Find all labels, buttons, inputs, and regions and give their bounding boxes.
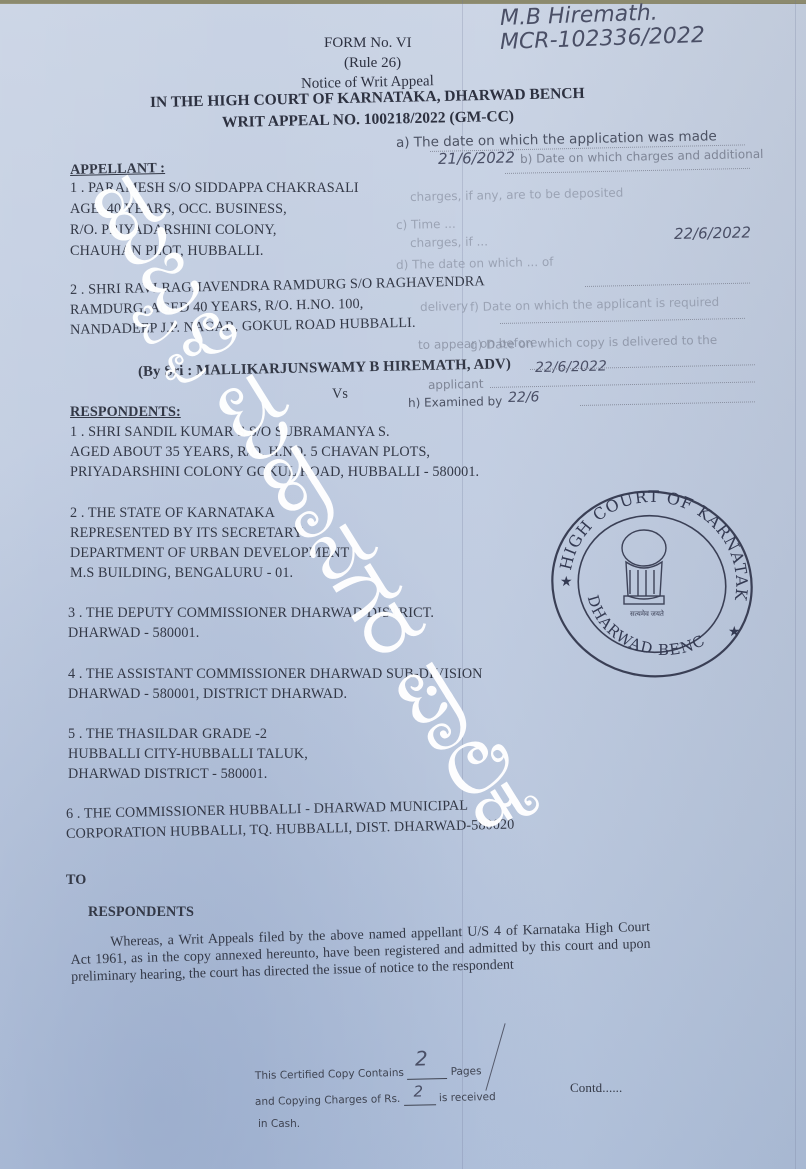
svg-text:★: ★ (728, 625, 741, 640)
seal-motto: सत्यमेव जयते (630, 609, 665, 618)
svg-text:HIGH COURT OF KARNATAKA: HIGH COURT OF KARNATAKA (540, 478, 762, 609)
paper-fold (795, 0, 796, 1169)
respondents-heading: RESPONDENTS: (70, 404, 181, 421)
certificate-prefix: This Certified Copy Contains (255, 1067, 404, 1082)
seal-top-text: HIGH COURT OF KARNATAKA (540, 478, 762, 609)
charges-suffix: is received (439, 1091, 496, 1104)
versus-label: Vs (332, 386, 348, 403)
charges-field: 2 (404, 1092, 436, 1106)
certificate-line-3: in Cash. (258, 1118, 300, 1130)
svg-text:★: ★ (560, 575, 573, 590)
certificate-suffix: Pages (451, 1065, 482, 1078)
pages-value: 2 (415, 1046, 428, 1070)
form-number: FORM No. VI (324, 35, 412, 52)
stamp-line-c-cont: charges, if ... (410, 234, 488, 250)
respondent-5-line: DHARWAD DISTRICT - 580001. (68, 766, 267, 783)
stamp-line-h: h) Examined by (408, 394, 503, 410)
respondent-2-line: M.S BUILDING, BENGALURU - 01. (70, 565, 293, 582)
charges-prefix: and Copying Charges of Rs. (255, 1093, 401, 1108)
respondent-5-line: HUBBALLI CITY-HUBBALLI TALUK, (68, 746, 308, 763)
respondent-4-line: DHARWAD - 580001, DISTRICT DHARWAD. (68, 686, 347, 703)
stamp-line-g-cont: applicant (428, 377, 484, 392)
court-seal-icon: HIGH COURT OF KARNATAKA DHARWAD BENCH ★ … (540, 478, 762, 678)
respondent-3-line: DHARWAD - 580001. (68, 625, 199, 642)
form-rule: (Rule 26) (344, 55, 401, 72)
stamp-line-e: delivery (420, 299, 468, 314)
stamp-value-h: 22/6 (508, 389, 540, 406)
stamp-value-c: 22/6/2022 (674, 223, 751, 243)
continued-label: Contd...... (570, 1080, 622, 1096)
paper-fold (462, 0, 463, 1169)
respondent-5-line: 5 . THE THASILDAR GRADE -2 (68, 726, 267, 743)
respondent-2-line: 2 . THE STATE OF KARNATAKA (70, 505, 275, 522)
charges-value: 2 (413, 1082, 423, 1100)
to-label: TO (66, 872, 86, 889)
to-respondents-label: RESPONDENTS (88, 904, 194, 921)
stamp-line-c: c) Time ... (396, 217, 456, 232)
pages-field: 2 (407, 1066, 447, 1080)
